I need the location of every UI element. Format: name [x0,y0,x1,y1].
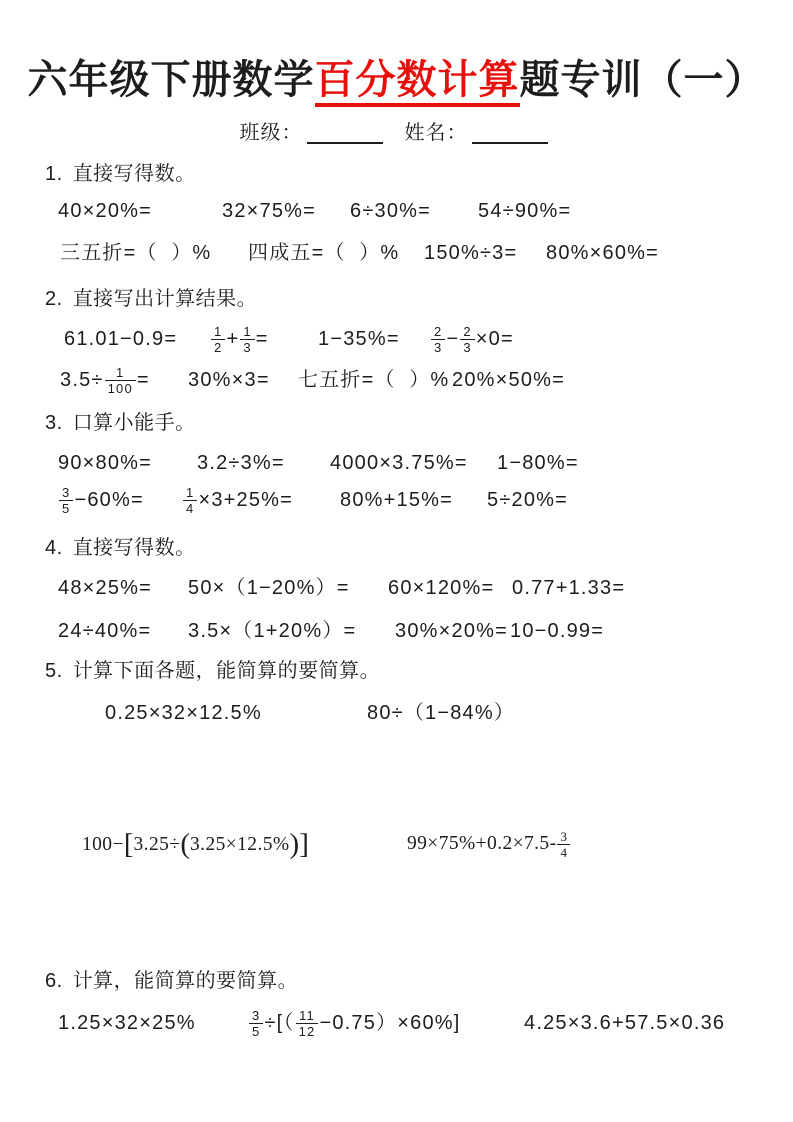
math-expression: 3.5÷1100= [60,368,150,392]
math-expression: 4000×3.75%= [330,451,468,475]
math-expression: 1−35%= [318,327,400,351]
math-text: 3.2÷3%= [197,452,285,474]
math-expression: 61.01−0.9= [64,327,177,351]
math-text: 七五折=（ ）% [298,369,449,391]
math-row: 24÷40%=3.5×（1+20%）=30%×20%=10−0.99= [0,619,793,643]
fraction: 12 [211,324,225,355]
math-expression: 七五折=（ ）% [298,368,449,392]
section-3-heading: 3.口算小能手。 [45,411,196,435]
math-text: 6÷30%= [350,200,431,222]
math-expression: 1.25×32×25% [58,1011,196,1035]
math-text: 50×（1−20%）= [188,577,350,599]
math-row: 3.5÷1100=30%×3=七五折=（ ）%20%×50%= [0,368,793,392]
fraction-numerator: 2 [460,324,474,339]
math-text: 5÷20%= [487,489,568,511]
fraction-numerator: 3 [249,1008,263,1023]
fraction: 23 [431,324,445,355]
math-expression: 14×3+25%= [182,488,293,512]
math-expression: 90×80%= [58,451,152,475]
section-heading-text: 计算下面各题，能简算的要简算。 [73,660,381,682]
math-text: 24÷40%= [58,620,151,642]
math-text: 1.25×32×25% [58,1012,196,1034]
section-heading-text: 直接写出计算结果。 [73,288,258,310]
section-number: 5. [45,660,63,682]
math-text: ÷[（ [264,1012,294,1034]
fraction: 14 [183,485,197,516]
math-expression: 80÷（1−84%） [367,701,515,725]
section-number: 6. [45,970,63,992]
math-row: 1.25×32×25%35÷[（1112−0.75）×60%]4.25×3.6+… [0,1011,793,1035]
math-expression: 100−[3.25÷(3.25×12.5%)] [82,832,309,857]
math-text: 48×25%= [58,577,152,599]
fraction-denominator: 5 [249,1023,263,1039]
section-heading-text: 口算小能手。 [73,412,196,434]
math-row: 48×25%=50×（1−20%）=60×120%=0.77+1.33= [0,576,793,600]
tall-bracket: ( [180,828,190,860]
math-expression: 5÷20%= [487,488,568,512]
math-text: 61.01−0.9= [64,328,177,350]
fraction-numerator: 11 [296,1008,319,1023]
class-blank-line [307,122,383,144]
fraction-numerator: 1 [211,324,225,339]
math-expression: 12+13= [210,327,269,351]
math-text: 四成五=（ ）% [248,242,399,264]
math-row: 0.25×32×12.5%80÷（1−84%） [0,701,793,725]
math-expression: 54÷90%= [478,199,571,223]
math-row: 61.01−0.9=12+13=1−35%=23−23×0= [0,327,793,351]
math-text: 10−0.99= [510,620,604,642]
math-expression: 0.77+1.33= [512,576,625,600]
fraction-denominator: 4 [557,844,570,860]
fraction: 35 [249,1008,263,1039]
tall-bracket: [ [124,828,134,860]
math-text: 3.5×（1+20%）= [188,620,356,642]
math-expression: 0.25×32×12.5% [105,701,262,725]
math-text: 4.25×3.6+57.5×0.36 [524,1012,725,1034]
math-row: 100−[3.25÷(3.25×12.5%)]99×75%+0.2×7.5-34 [0,832,793,856]
fraction: 1112 [296,1008,319,1039]
math-text: 80%×60%= [546,242,659,264]
section-2-heading: 2.直接写出计算结果。 [45,287,257,311]
math-text: 1−80%= [497,452,579,474]
math-expression: 1−80%= [497,451,579,475]
title-highlight: 百分数计算 [315,58,520,107]
math-text: 150%÷3= [424,242,517,264]
math-text: ×3+25%= [198,489,293,511]
math-text: 0.25×32×12.5% [105,702,262,724]
fraction-numerator: 3 [557,829,570,844]
section-heading-text: 直接写得数。 [73,537,196,559]
math-expression: 35÷[（1112−0.75）×60%] [248,1011,461,1035]
section-heading-text: 直接写得数。 [73,163,196,185]
fraction: 35 [59,485,73,516]
math-text: + [226,328,239,350]
section-heading-text: 计算，能简算的要简算。 [73,970,299,992]
fraction-denominator: 3 [240,339,254,355]
math-text: 60×120%= [388,577,494,599]
name-blank-line [472,122,548,144]
math-expression: 23−23×0= [430,327,514,351]
fraction-denominator: 4 [183,500,197,516]
name-label: 姓名： [405,116,468,145]
math-expression: 10−0.99= [510,619,604,643]
math-expression: 3.5×（1+20%）= [188,619,356,643]
page-title: 六年级下册数学百分数计算题专训（一） [0,48,793,105]
math-expression: 50×（1−20%）= [188,576,350,600]
math-expression: 48×25%= [58,576,152,600]
math-text: −0.75）×60%] [319,1012,460,1034]
math-row: 40×20%=32×75%=6÷30%=54÷90%= [0,199,793,223]
fraction: 23 [460,324,474,355]
section-1-heading: 1.直接写得数。 [45,162,196,186]
section-number: 4. [45,537,63,559]
math-text: = [256,328,269,350]
math-text: 54÷90%= [478,200,571,222]
fraction-denominator: 100 [105,380,136,396]
fraction-denominator: 3 [431,339,445,355]
math-text: −60%= [74,489,143,511]
math-text: ×0= [476,328,514,350]
math-row: 35−60%=14×3+25%=80%+15%=5÷20%= [0,488,793,512]
fraction: 13 [240,324,254,355]
math-expression: 30%×20%= [395,619,508,643]
math-expression: 四成五=（ ）% [248,241,399,265]
section-5-heading: 5.计算下面各题，能简算的要简算。 [45,659,380,683]
fraction: 34 [557,829,570,860]
math-text: = [137,369,150,391]
section-4-heading: 4.直接写得数。 [45,536,196,560]
math-expression: 99×75%+0.2×7.5-34 [407,832,571,856]
fraction-denominator: 12 [296,1023,319,1039]
tall-bracket: ) [290,828,300,860]
fraction-denominator: 3 [460,339,474,355]
math-expression: 80%+15%= [340,488,453,512]
math-expression: 4.25×3.6+57.5×0.36 [524,1011,725,1035]
math-expression: 80%×60%= [546,241,659,265]
fraction-numerator: 2 [431,324,445,339]
fraction-numerator: 1 [183,485,197,500]
math-expression: 35−60%= [58,488,144,512]
math-expression: 3.2÷3%= [197,451,285,475]
fraction-numerator: 3 [59,485,73,500]
tall-bracket: ] [299,828,309,860]
math-text: 3.25×12.5% [190,834,290,855]
worksheet-page: 六年级下册数学百分数计算题专训（一） 班级： 姓名： 1.直接写得数。40×20… [0,0,793,1122]
math-expression: 60×120%= [388,576,494,600]
math-expression: 32×75%= [222,199,316,223]
class-label: 班级： [240,116,303,145]
math-text: 90×80%= [58,452,152,474]
math-text: 30%×20%= [395,620,508,642]
fraction-denominator: 5 [59,500,73,516]
section-number: 3. [45,412,63,434]
title-prefix: 六年级下册数学 [28,58,315,102]
section-number: 2. [45,288,63,310]
math-text: 80%+15%= [340,489,453,511]
math-text: 4000×3.75%= [330,452,468,474]
math-expression: 30%×3= [188,368,270,392]
math-text: 100− [82,834,124,855]
math-text: 80÷（1−84%） [367,702,515,724]
fraction-denominator: 2 [211,339,225,355]
math-text: 30%×3= [188,369,270,391]
math-expression: 24÷40%= [58,619,151,643]
math-text: 3.25÷ [134,834,181,855]
section-6-heading: 6.计算，能简算的要简算。 [45,969,298,993]
math-row: 三五折=（ ）%四成五=（ ）%150%÷3=80%×60%= [0,241,793,265]
fraction-numerator: 1 [105,365,136,380]
math-text: 0.77+1.33= [512,577,625,599]
math-text: 1−35%= [318,328,400,350]
math-text: 3.5÷ [60,369,104,391]
math-row: 90×80%=3.2÷3%=4000×3.75%=1−80%= [0,451,793,475]
math-text: − [446,328,459,350]
title-suffix: 题专训（一） [520,58,766,102]
math-text: 40×20%= [58,200,152,222]
math-text: 三五折=（ ）% [60,242,211,264]
math-expression: 40×20%= [58,199,152,223]
math-text: 32×75%= [222,200,316,222]
math-expression: 三五折=（ ）% [60,241,211,265]
math-text: 99×75%+0.2×7.5- [407,833,556,854]
fraction-numerator: 1 [240,324,254,339]
math-expression: 6÷30%= [350,199,431,223]
fraction: 1100 [105,365,136,396]
section-number: 1. [45,163,63,185]
math-text: 20%×50%= [452,369,565,391]
math-expression: 20%×50%= [452,368,565,392]
math-expression: 150%÷3= [424,241,517,265]
student-info-line: 班级： 姓名： [0,116,793,145]
